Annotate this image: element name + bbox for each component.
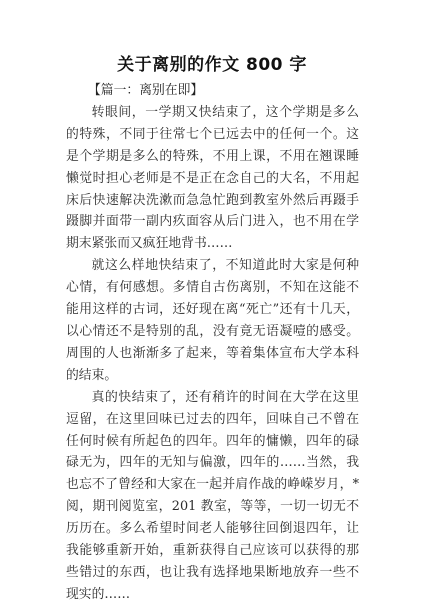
document-page: 关于离别的作文 800 字 【篇一：离别在即】 转眼间，一学期又快结束了，这个学…: [0, 0, 424, 600]
document-title: 关于离别的作文 800 字: [0, 50, 424, 75]
section-heading: 【篇一：离别在即】: [88, 80, 359, 102]
document-body: 【篇一：离别在即】 转眼间，一学期又快结束了，这个学期是多么的特殊，不同于往常七…: [66, 80, 359, 600]
paragraph: 转眼间，一学期又快结束了，这个学期是多么的特殊，不同于往常七个已远去中的任何一个…: [66, 102, 359, 255]
paragraph: 就这么样地快结束了，不知道此时大家是何种心情，有何感想。多情自古伤离别，不知在这…: [66, 255, 359, 386]
paragraph: 真的快结束了，还有稍许的时间在大学在这里逗留，在这里回味已过去的四年，回味自己不…: [66, 387, 359, 600]
